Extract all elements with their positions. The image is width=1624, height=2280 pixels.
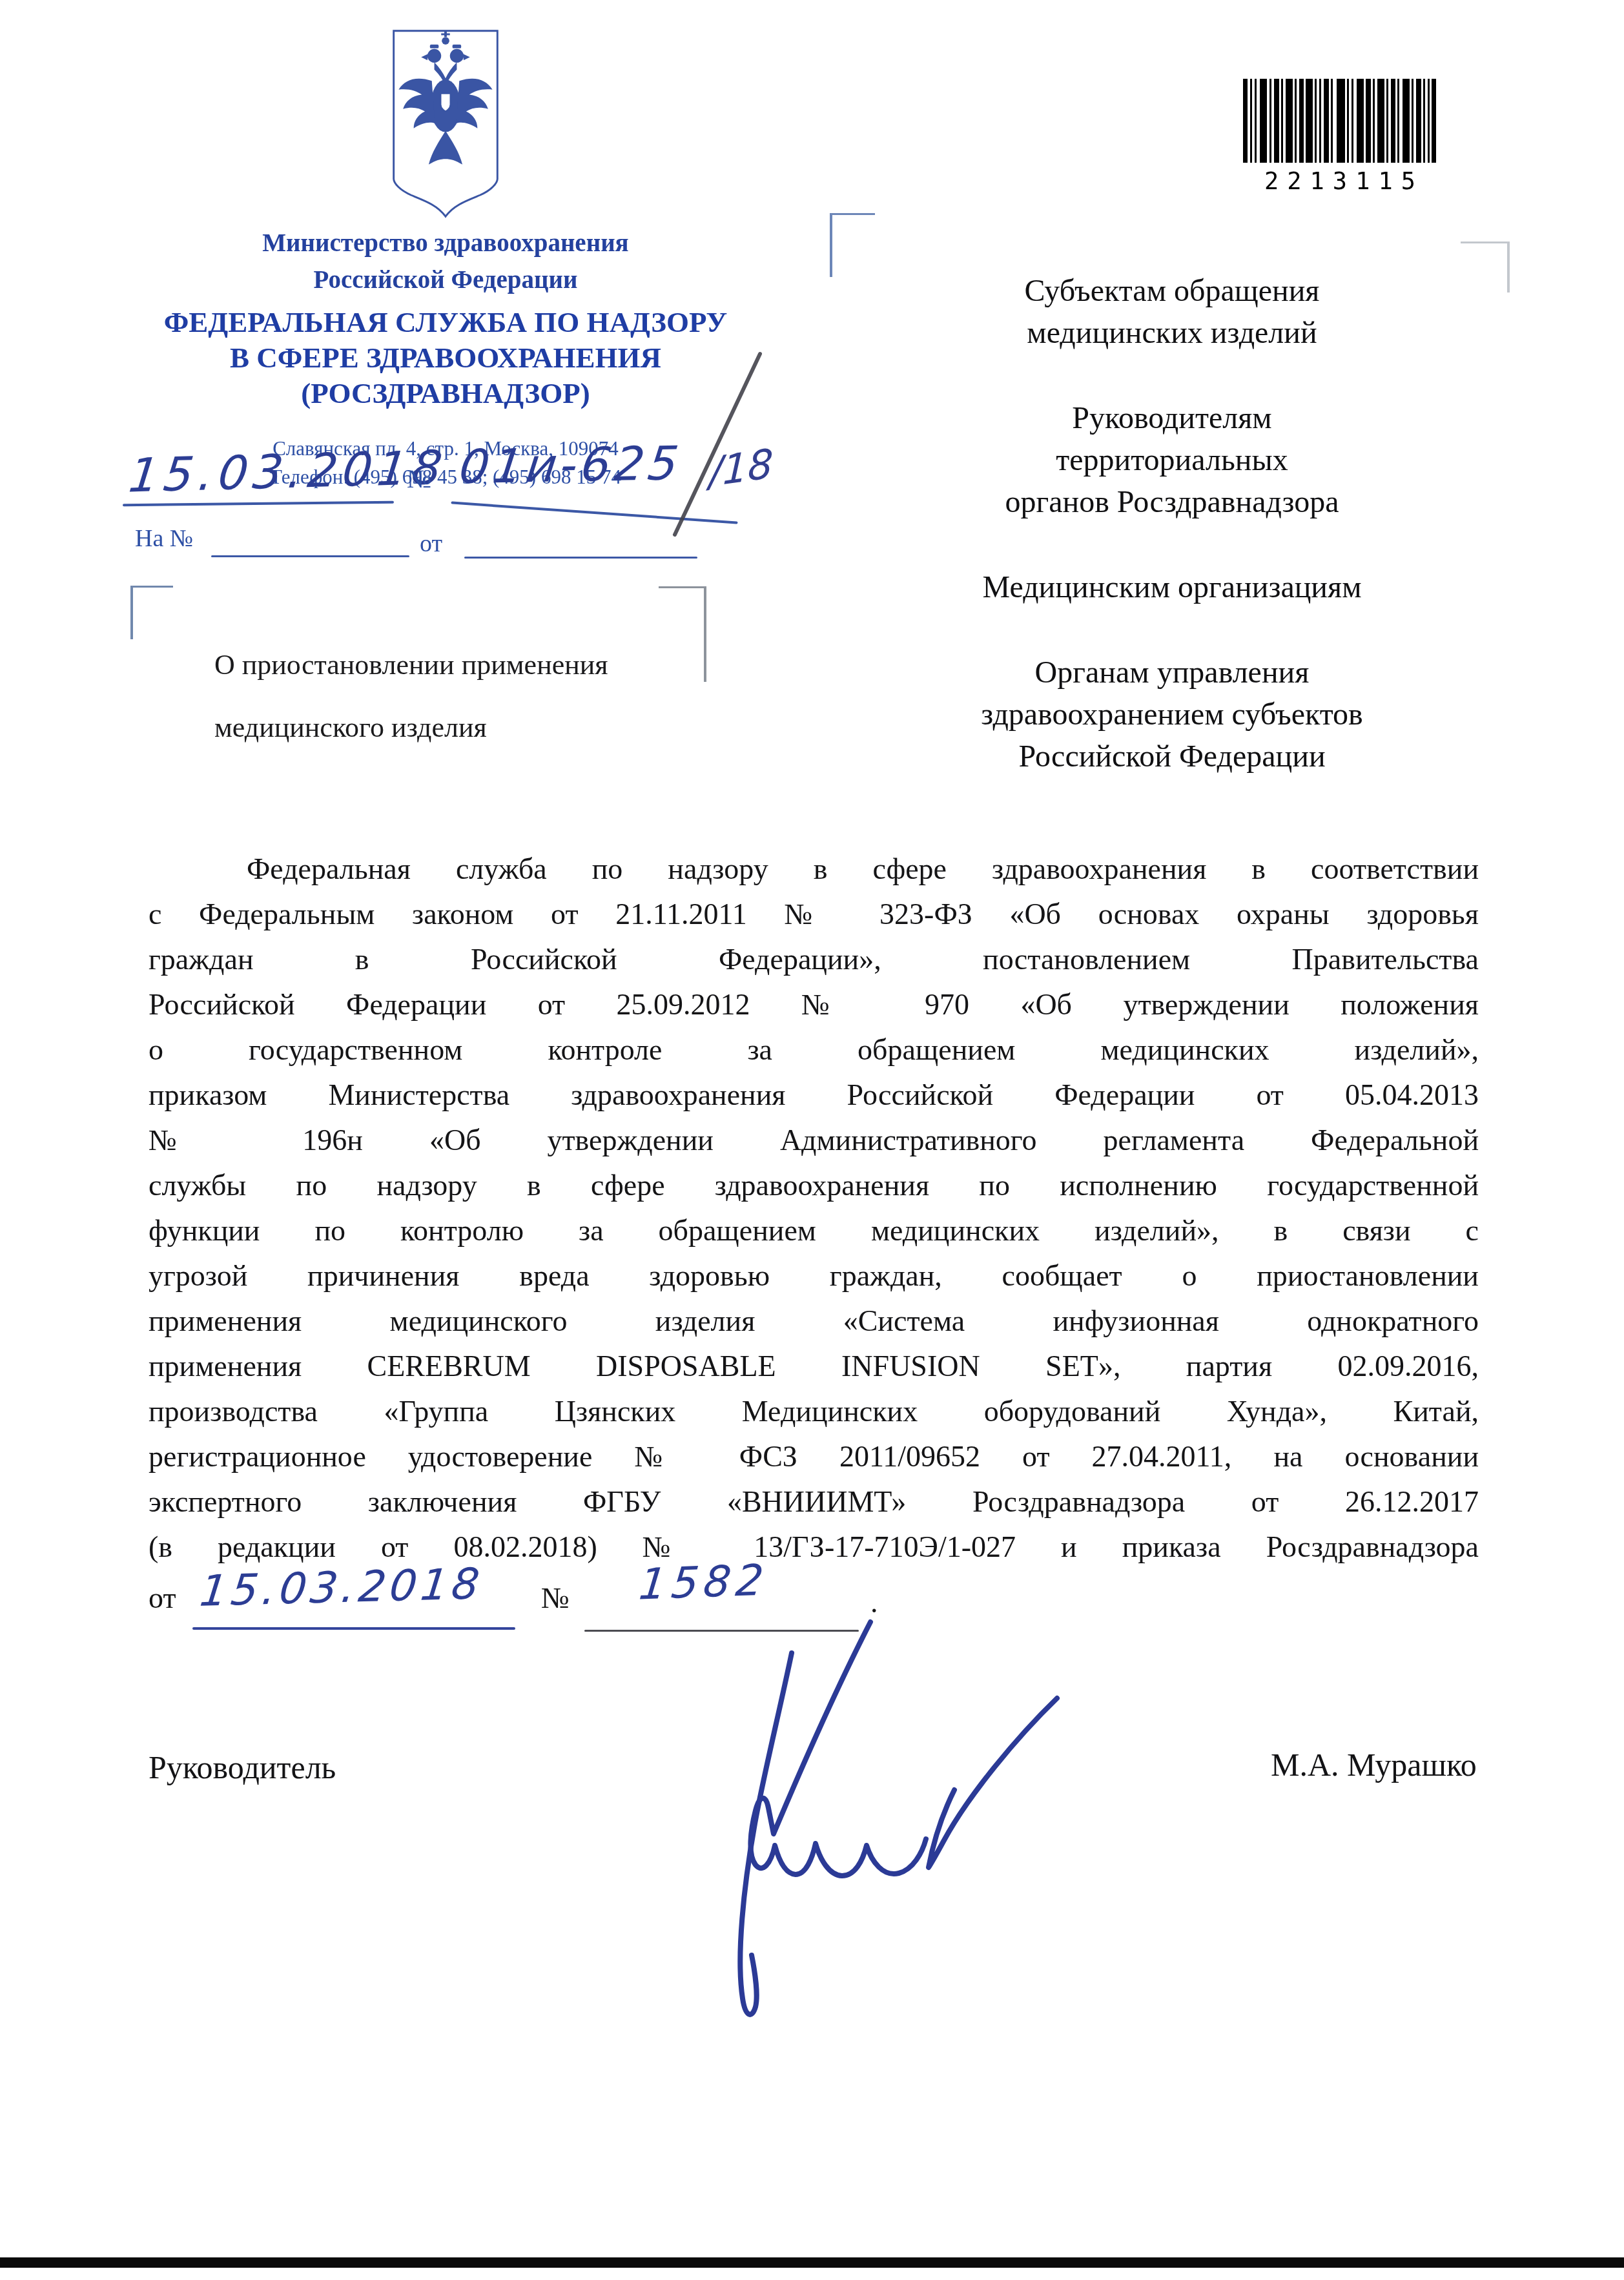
barcode-bars-icon xyxy=(1243,79,1437,163)
scan-edge-artifact xyxy=(0,2257,1624,2268)
signature-ink xyxy=(740,1622,1057,2015)
recipient-line: Российской Федерации xyxy=(823,735,1521,777)
corner-mark-sender-left xyxy=(130,586,173,639)
subject-line1: О приостановлении применения xyxy=(214,649,731,681)
recipient-group: Руководителям территориальных органов Ро… xyxy=(823,397,1521,523)
recipients-block: Субъектам обращения медицинских изделий … xyxy=(823,270,1521,777)
recipient-line: здравоохранением субъектов xyxy=(823,693,1521,735)
body-line: о государственном контроле за обращением… xyxy=(149,1030,1479,1075)
ministry-line1: Министерство здравоохранения xyxy=(97,227,794,259)
body-line: № 196н «Об утверждении Административного… xyxy=(149,1120,1479,1166)
ref-from-blank-underline xyxy=(464,557,697,559)
service-line1: ФЕДЕРАЛЬНАЯ СЛУЖБА ПО НАДЗОРУ xyxy=(97,305,794,340)
order-number-handwritten: 1582 xyxy=(637,1555,771,1609)
order-number-underline xyxy=(584,1630,859,1632)
body-line: применения медицинского изделия «Система… xyxy=(149,1301,1479,1346)
coat-of-arms-icon xyxy=(385,26,506,220)
recipient-line: органов Росздравнадзора xyxy=(823,481,1521,523)
order-date-underline xyxy=(192,1627,515,1630)
letterhead: Министерство здравоохранения Российской … xyxy=(97,26,794,491)
body-line: применения CEREBRUM DISPOSABLE INFUSION … xyxy=(149,1346,1479,1392)
recipient-line: Органам управления xyxy=(823,652,1521,693)
body-line: Федеральная служба по надзору в сфере зд… xyxy=(149,849,1479,894)
barcode: 2213115 xyxy=(1243,79,1437,195)
service-line3: (РОСЗДРАВНАДЗОР) xyxy=(97,376,794,411)
recipient-group: Медицинским организациям xyxy=(823,566,1521,608)
body-line: Российской Федерации от 25.09.2012 № 970… xyxy=(149,985,1479,1030)
closing-from-label: от xyxy=(149,1581,176,1615)
body-line: службы по надзору в сфере здравоохранени… xyxy=(149,1166,1479,1211)
barcode-digits: 2213115 xyxy=(1243,167,1437,195)
ref-number-label: На № xyxy=(135,524,193,553)
subject-line2: медицинского изделия xyxy=(214,712,731,744)
ref-from-label: от xyxy=(420,529,442,558)
body-line: граждан в Российской Федерации», постано… xyxy=(149,940,1479,985)
closing-period: . xyxy=(870,1585,878,1619)
body-line: угрозой причинения вреда здоровью гражда… xyxy=(149,1256,1479,1301)
recipient-line: Руководителям xyxy=(823,397,1521,439)
signer-name: М.А. Мурашко xyxy=(1271,1746,1477,1783)
corner-mark-recipient-left xyxy=(830,213,875,277)
body-line: приказом Министерства здравоохранения Ро… xyxy=(149,1075,1479,1120)
ministry-line2: Российской Федерации xyxy=(97,264,794,296)
ref-number-blank-underline xyxy=(211,555,409,557)
body-line: экспертного заключения ФГБУ «ВНИИИМТ» Ро… xyxy=(149,1482,1479,1527)
recipient-group: Субъектам обращения медицинских изделий xyxy=(823,270,1521,354)
recipient-line: территориальных xyxy=(823,439,1521,481)
reg-number-suffix-handwritten: /18 xyxy=(708,440,774,497)
body-line: регистрационное удостоверение № ФСЗ 2011… xyxy=(149,1437,1479,1482)
order-number-label: № xyxy=(541,1581,570,1615)
body-line: функции по контролю за обращением медици… xyxy=(149,1211,1479,1256)
number-underline xyxy=(451,501,737,524)
recipient-line: Субъектам обращения xyxy=(823,270,1521,312)
reg-number-handwritten: 01и-625 xyxy=(457,436,685,494)
document-page: Министерство здравоохранения Российской … xyxy=(0,0,1624,2280)
reg-number-label: № xyxy=(407,464,431,494)
recipient-line: медицинских изделий xyxy=(823,312,1521,354)
recipient-line: Медицинским организациям xyxy=(823,566,1521,608)
order-date-handwritten: 15.03.2018 xyxy=(198,1559,486,1616)
body-line: производства «Группа Цзянских Медицински… xyxy=(149,1392,1479,1437)
signer-title: Руководитель xyxy=(149,1749,336,1786)
body-line: с Федеральным законом от 21.11.2011 № 32… xyxy=(149,894,1479,940)
body-text: Федеральная служба по надзору в сфере зд… xyxy=(149,849,1479,1572)
service-line2: В СФЕРЕ ЗДРАВООХРАНЕНИЯ xyxy=(97,340,794,376)
recipient-group: Органам управления здравоохранением субъ… xyxy=(823,652,1521,777)
reg-date-handwritten: 15.03.2018 xyxy=(126,440,450,502)
